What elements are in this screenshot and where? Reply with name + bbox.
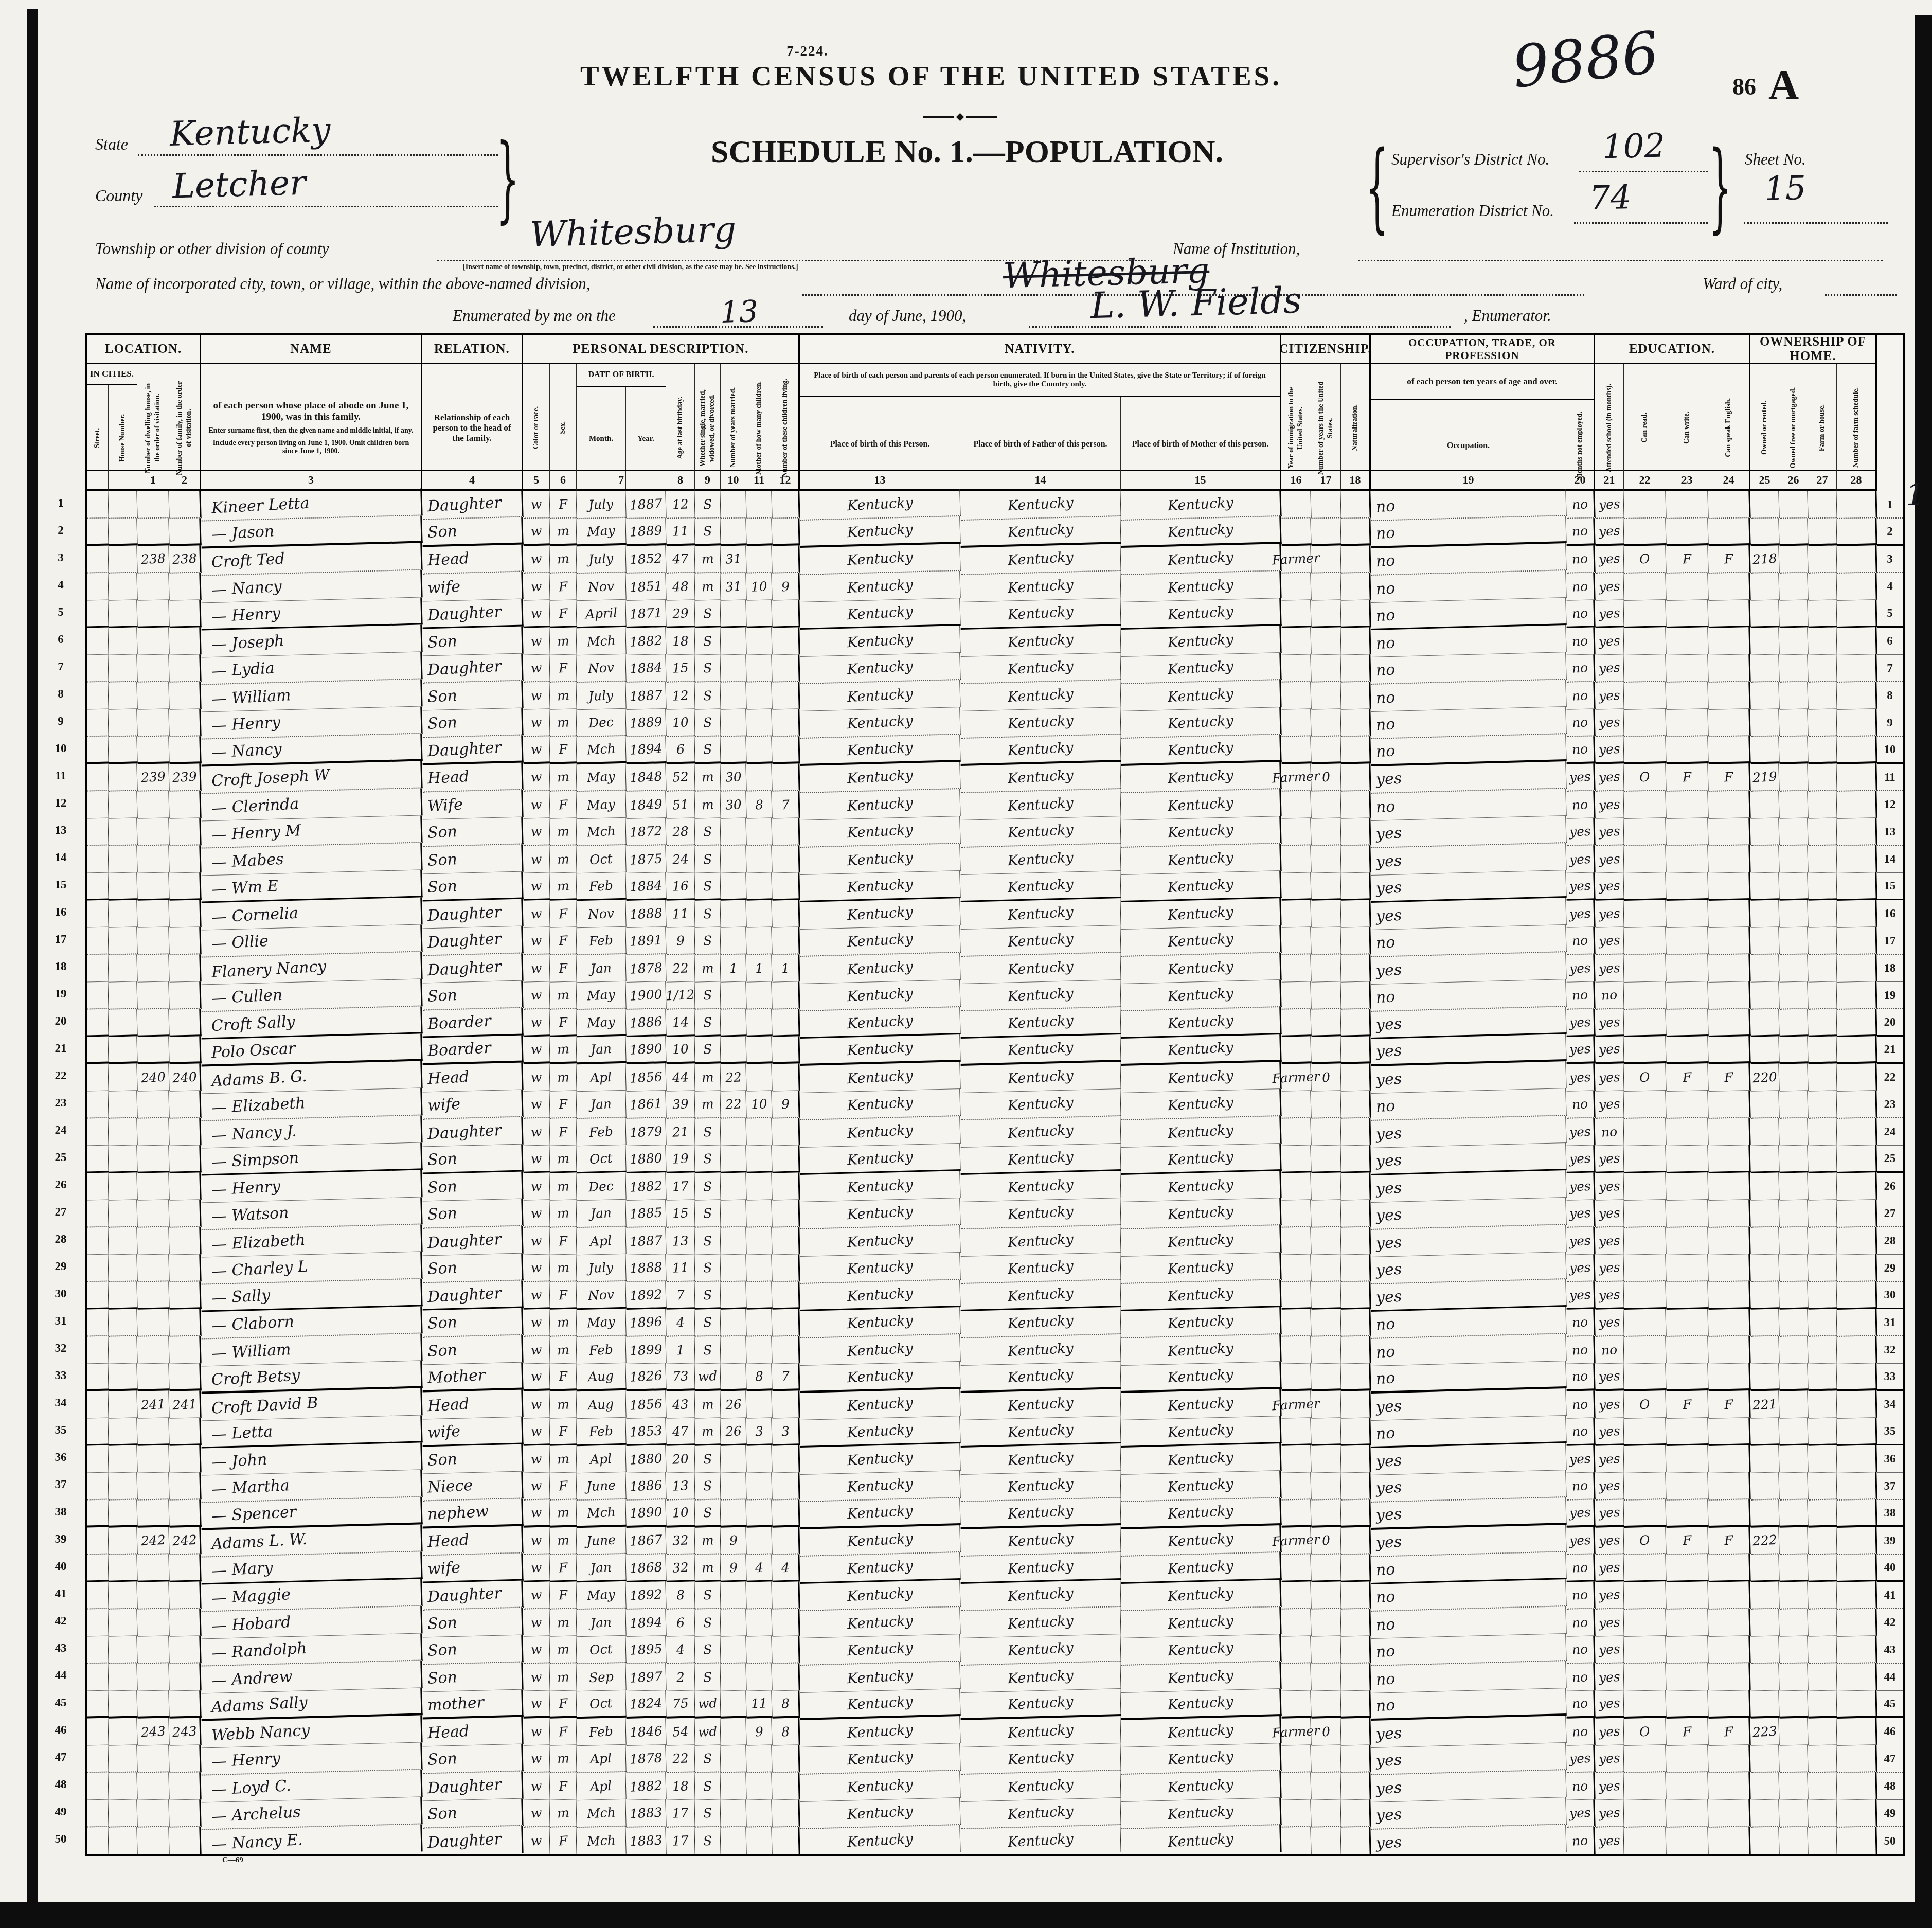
cell-mother_birthplace: Kentucky bbox=[1120, 544, 1281, 575]
cell-attended_school bbox=[1340, 1091, 1371, 1119]
left-row-number: 19 bbox=[45, 980, 76, 1007]
cell-undefined bbox=[1779, 600, 1808, 628]
cell-dwelling bbox=[108, 627, 137, 655]
cell-occupation bbox=[1281, 900, 1311, 928]
cell-birth_year: 1887 bbox=[625, 1227, 666, 1255]
cell-owned_rented bbox=[1623, 1145, 1666, 1173]
cell-undefined bbox=[1779, 1036, 1808, 1064]
cell-marital: m bbox=[694, 545, 721, 573]
cell-dwelling bbox=[137, 1499, 169, 1528]
cell-mother_birthplace: Kentucky bbox=[1120, 1416, 1281, 1448]
cell-birth_month: Mch bbox=[576, 1827, 626, 1855]
cell-can_speak_english: no bbox=[1595, 1336, 1624, 1364]
cell-family bbox=[169, 736, 201, 764]
cell-birth_month: Feb bbox=[576, 927, 626, 955]
cell-farm_house bbox=[1708, 1827, 1750, 1855]
cell-farm_house bbox=[1708, 1609, 1750, 1637]
cell-relation: Niece bbox=[422, 1471, 523, 1501]
cell-months_not_employed bbox=[1311, 518, 1341, 546]
cell-marital: S bbox=[694, 1636, 721, 1664]
cell-color: w bbox=[523, 573, 550, 600]
cell-can_write: yes bbox=[1566, 1145, 1595, 1173]
cell-years_married: 26 bbox=[720, 1418, 746, 1445]
cell-dwelling bbox=[86, 545, 109, 573]
cell-relation: Head bbox=[422, 762, 523, 792]
cell-dwelling bbox=[108, 1036, 137, 1064]
column-number: 18 bbox=[1341, 470, 1371, 491]
cell-farm_schedule bbox=[1750, 1472, 1779, 1500]
cell-age: 18 bbox=[666, 1772, 695, 1800]
cell-birthplace: Kentucky bbox=[799, 1034, 960, 1066]
row-number-header bbox=[1877, 335, 1903, 491]
cell-sex: F bbox=[549, 1227, 577, 1255]
cell-mother_of bbox=[746, 1172, 772, 1200]
row-number: 28 bbox=[1877, 1227, 1903, 1255]
cell-dwelling bbox=[86, 1336, 109, 1364]
cell-sex: m bbox=[549, 1527, 577, 1555]
cell-dwelling bbox=[137, 682, 169, 710]
cell-relation: Son bbox=[422, 1798, 523, 1828]
cell-farm_house bbox=[1708, 1663, 1750, 1691]
cell-dwelling bbox=[137, 981, 169, 1010]
cell-marital: wd bbox=[694, 1690, 721, 1718]
cell-dwelling: 241 bbox=[137, 1390, 169, 1419]
cell-father_birthplace: Kentucky bbox=[960, 1443, 1121, 1475]
cell-undefined bbox=[1779, 1418, 1808, 1445]
city-label: Name of incorporated city, town, or vill… bbox=[95, 275, 591, 293]
cell-birth_month: Oct bbox=[576, 1690, 626, 1719]
cell-children_living bbox=[772, 818, 800, 846]
cell-farm_schedule bbox=[1750, 1554, 1779, 1582]
cell-occupation bbox=[1281, 1636, 1311, 1664]
cell-birth_year: 1868 bbox=[625, 1554, 666, 1582]
cell-family bbox=[169, 1418, 201, 1446]
cell-occupation bbox=[1281, 1091, 1311, 1119]
cell-months_not_employed bbox=[1311, 1636, 1341, 1664]
cell-father_birthplace: Kentucky bbox=[960, 953, 1121, 984]
cell-undefined bbox=[1779, 1690, 1808, 1718]
cell-mother_of bbox=[746, 1745, 772, 1773]
cell-dwelling bbox=[86, 1609, 109, 1636]
cell-undefined bbox=[1779, 1227, 1808, 1255]
cell-attended_school bbox=[1340, 900, 1371, 928]
cell-marital: S bbox=[694, 1172, 721, 1200]
enumerated-date-label: day of June, 1900, bbox=[849, 307, 966, 325]
cell-father_birthplace: Kentucky bbox=[960, 1689, 1121, 1720]
cell-years_married bbox=[720, 1172, 746, 1200]
cell-free_mortgaged bbox=[1666, 818, 1708, 846]
cell-sex: m bbox=[549, 709, 577, 737]
cell-dwelling bbox=[86, 682, 109, 709]
cell-marital: S bbox=[694, 981, 721, 1009]
page-number: 86 bbox=[1732, 73, 1756, 100]
cell-owned_rented bbox=[1623, 736, 1666, 764]
cell-birth_month: Apl bbox=[576, 1772, 626, 1800]
cell-can_speak_english: yes bbox=[1595, 1036, 1624, 1064]
cell-dwelling bbox=[108, 1200, 137, 1227]
cell-free_mortgaged bbox=[1666, 682, 1708, 710]
cell-can_write: yes bbox=[1566, 1799, 1595, 1827]
cell-occupation: Farmer bbox=[1281, 1063, 1311, 1092]
cell-months_not_employed bbox=[1311, 627, 1341, 655]
cell-free_mortgaged bbox=[1666, 845, 1708, 873]
cell-attended_school bbox=[1340, 1172, 1371, 1201]
cell-dwelling bbox=[108, 682, 137, 709]
cell-undefined bbox=[1779, 927, 1808, 955]
cell-undefined bbox=[1836, 491, 1877, 519]
cell-dwelling: 239 bbox=[137, 763, 169, 792]
cell-mother_birthplace: Kentucky bbox=[1120, 598, 1281, 630]
cell-family bbox=[169, 1581, 201, 1610]
cell-color: w bbox=[523, 791, 550, 818]
cell-family: 238 bbox=[169, 545, 201, 574]
cell-children_living bbox=[772, 1281, 800, 1309]
cell-farm_schedule: 222 bbox=[1750, 1527, 1779, 1555]
cell-years_married bbox=[720, 1745, 746, 1773]
cell-color: w bbox=[523, 1636, 550, 1664]
cell-birth_month: July bbox=[576, 1254, 626, 1282]
cell-birth_month: Jan bbox=[576, 1036, 626, 1064]
row-number: 24 bbox=[1877, 1118, 1903, 1146]
cell-age: 73 bbox=[666, 1363, 695, 1391]
cell-farm_schedule bbox=[1750, 1172, 1779, 1200]
cell-father_birthplace: Kentucky bbox=[960, 1607, 1121, 1638]
cell-undefined bbox=[1779, 1499, 1808, 1527]
cell-dwelling bbox=[86, 1418, 109, 1445]
cell-can_speak_english: no bbox=[1595, 1118, 1624, 1146]
cell-months_not_employed bbox=[1311, 1227, 1341, 1255]
cell-owned_rented bbox=[1623, 1091, 1666, 1119]
cell-can_write: yes bbox=[1566, 872, 1595, 900]
cell-children_living bbox=[772, 1745, 800, 1773]
cell-dwelling bbox=[137, 1636, 169, 1664]
cell-marital: m bbox=[694, 1554, 721, 1582]
cell-months_not_employed bbox=[1311, 1445, 1341, 1473]
cell-farm_house bbox=[1708, 654, 1750, 683]
cell-undefined bbox=[1779, 1200, 1808, 1227]
cell-color: w bbox=[523, 1799, 550, 1827]
cell-farm_schedule bbox=[1750, 872, 1779, 900]
cell-can_speak_english: yes bbox=[1595, 763, 1624, 791]
schedule-title: SCHEDULE No. 1.—POPULATION. bbox=[592, 134, 1343, 170]
row-number: 45 bbox=[1877, 1691, 1903, 1718]
cell-free_mortgaged: F bbox=[1666, 1063, 1708, 1092]
cell-free_mortgaged bbox=[1666, 654, 1708, 683]
cell-relation: Son bbox=[422, 626, 523, 656]
cell-can_speak_english: yes bbox=[1595, 1827, 1624, 1854]
cell-birthplace: Kentucky bbox=[799, 653, 960, 684]
cell-sex: m bbox=[549, 763, 577, 791]
column-number: 24 bbox=[1708, 470, 1750, 491]
cell-birth_year: 1851 bbox=[625, 573, 666, 601]
ward-label: Ward of city, bbox=[1703, 275, 1782, 293]
cell-months_not_employed bbox=[1311, 1772, 1341, 1800]
cell-undefined bbox=[1808, 1554, 1837, 1582]
cell-years_married: 30 bbox=[720, 791, 746, 818]
cell-can_write: no bbox=[1566, 736, 1595, 764]
cell-birth_month: July bbox=[576, 491, 626, 519]
cell-farm_schedule bbox=[1750, 845, 1779, 873]
cell-birth_month: April bbox=[576, 600, 626, 628]
cell-age: 21 bbox=[666, 1118, 695, 1146]
cell-attended_school bbox=[1340, 1772, 1371, 1800]
cell-color: w bbox=[523, 1363, 550, 1391]
cell-undefined bbox=[1779, 1799, 1808, 1827]
cell-can_speak_english: yes bbox=[1595, 709, 1624, 737]
cell-can_write: yes bbox=[1566, 1063, 1595, 1091]
cell-farm_schedule bbox=[1750, 1418, 1779, 1445]
cell-color: w bbox=[523, 709, 550, 737]
cell-free_mortgaged bbox=[1666, 1799, 1708, 1828]
cell-mother_birthplace: Kentucky bbox=[1120, 789, 1281, 820]
cell-undefined bbox=[1836, 1281, 1877, 1310]
cell-dwelling bbox=[108, 954, 137, 982]
cell-birth_month: Mch bbox=[576, 1799, 626, 1828]
cell-children_living: 4 bbox=[772, 1554, 800, 1582]
cell-years_married bbox=[720, 1609, 746, 1636]
cell-dwelling bbox=[108, 1772, 137, 1800]
cell-farm_schedule bbox=[1750, 1799, 1779, 1827]
cell-attended_school bbox=[1340, 1063, 1371, 1092]
cell-mother_birthplace: Kentucky bbox=[1120, 871, 1281, 902]
cell-sex: F bbox=[549, 1091, 577, 1118]
cell-occupation: Farmer bbox=[1281, 1718, 1311, 1746]
cell-undefined bbox=[1808, 981, 1837, 1009]
sheet-line bbox=[1744, 222, 1888, 224]
cell-occupation bbox=[1281, 1036, 1311, 1064]
cell-undefined bbox=[1808, 654, 1837, 682]
cell-farm_house bbox=[1708, 1554, 1750, 1582]
cell-sex: m bbox=[549, 1172, 577, 1200]
cell-birthplace: Kentucky bbox=[799, 707, 960, 739]
cell-attended_school bbox=[1340, 709, 1371, 737]
cell-farm_schedule: 219 bbox=[1750, 763, 1779, 791]
cell-occupation bbox=[1281, 654, 1311, 683]
cell-color: w bbox=[523, 1472, 550, 1500]
cell-marital: S bbox=[694, 682, 721, 709]
cell-dwelling bbox=[137, 1118, 169, 1146]
cell-marital: S bbox=[694, 627, 721, 655]
cell-father_birthplace: Kentucky bbox=[960, 1552, 1121, 1584]
cell-undefined bbox=[1779, 518, 1808, 546]
cell-dwelling bbox=[108, 1527, 137, 1555]
cell-occupation bbox=[1281, 954, 1311, 983]
cell-farm_house bbox=[1708, 872, 1750, 901]
column-number: 10 bbox=[721, 470, 746, 491]
cell-mother_of: 11 bbox=[746, 1690, 772, 1718]
left-row-number: 32 bbox=[45, 1334, 76, 1362]
state-value: Kentucky bbox=[169, 110, 331, 154]
cell-birthplace: Kentucky bbox=[799, 1062, 960, 1093]
cell-can_speak_english: yes bbox=[1595, 1718, 1624, 1745]
cell-birth_month: Jan bbox=[576, 1609, 626, 1637]
cell-farm_schedule bbox=[1750, 736, 1779, 764]
left-row-number: 16 bbox=[45, 898, 76, 925]
cell-sex: F bbox=[549, 1363, 577, 1391]
cell-mother_of bbox=[746, 627, 772, 655]
cell-family bbox=[169, 1363, 201, 1391]
cell-relation: wife bbox=[422, 1090, 523, 1119]
cell-children_living bbox=[772, 627, 800, 655]
cell-birth_month: Nov bbox=[576, 654, 626, 683]
cell-dwelling bbox=[137, 791, 169, 819]
cell-dwelling bbox=[86, 1799, 109, 1827]
cell-mother_birthplace: Kentucky bbox=[1120, 1062, 1281, 1093]
cell-mother_birthplace: Kentucky bbox=[1120, 626, 1281, 657]
cell-mother_of bbox=[746, 1390, 772, 1418]
cell-birth_year: 1889 bbox=[625, 518, 666, 546]
row-number: 16 bbox=[1877, 900, 1903, 927]
cell-color: w bbox=[523, 1336, 550, 1364]
cell-can_speak_english: yes bbox=[1595, 818, 1624, 846]
cell-free_mortgaged bbox=[1666, 1172, 1708, 1201]
cell-relation: Head bbox=[422, 1062, 523, 1092]
cell-mother_birthplace: Kentucky bbox=[1120, 1689, 1281, 1720]
row-number: 22 bbox=[1877, 1064, 1903, 1091]
cell-birth_month: May bbox=[576, 981, 626, 1010]
cell-mother_birthplace: Kentucky bbox=[1120, 1307, 1281, 1338]
row-number: 37 bbox=[1877, 1473, 1903, 1500]
cell-undefined bbox=[1808, 1118, 1837, 1146]
cell-color: w bbox=[523, 518, 550, 546]
cell-undefined bbox=[1836, 818, 1877, 846]
cell-sex: F bbox=[549, 736, 577, 764]
cell-can_speak_english: yes bbox=[1595, 1499, 1624, 1527]
cell-color: w bbox=[523, 845, 550, 873]
cell-birthplace: Kentucky bbox=[799, 789, 960, 820]
cell-months_not_employed bbox=[1311, 573, 1341, 601]
cell-color: w bbox=[523, 1254, 550, 1282]
cell-sex: m bbox=[549, 1445, 577, 1473]
cell-occupation bbox=[1281, 1772, 1311, 1800]
cell-attended_school bbox=[1340, 1309, 1371, 1337]
cell-can_write: yes bbox=[1566, 1036, 1595, 1064]
cell-birth_year: 1853 bbox=[625, 1418, 666, 1446]
column-number: 8 bbox=[666, 470, 695, 491]
cell-farm_house bbox=[1708, 1336, 1750, 1364]
township-label: Township or other division of county bbox=[95, 240, 329, 258]
cell-marital: m bbox=[694, 573, 721, 600]
cell-mother_birthplace: Kentucky bbox=[1120, 1225, 1281, 1257]
cell-free_mortgaged bbox=[1666, 872, 1708, 901]
cell-sex: F bbox=[549, 1472, 577, 1500]
cell-mother_of bbox=[746, 763, 772, 791]
census-page: 7-224. TWELFTH CENSUS OF THE UNITED STAT… bbox=[0, 0, 1932, 1928]
row-number: 2 bbox=[1877, 519, 1903, 546]
cell-birthplace: Kentucky bbox=[799, 1498, 960, 1529]
cell-undefined bbox=[1808, 1091, 1837, 1118]
cell-children_living bbox=[772, 1445, 800, 1473]
cell-dwelling bbox=[137, 1663, 169, 1691]
cell-can_speak_english: yes bbox=[1595, 1145, 1624, 1173]
cell-mother_of bbox=[746, 872, 772, 900]
cell-owned_rented bbox=[1623, 1418, 1666, 1446]
cell-age: 18 bbox=[666, 627, 695, 655]
left-row-number: 15 bbox=[45, 871, 76, 898]
cell-undefined bbox=[1808, 600, 1837, 628]
cell-family bbox=[169, 627, 201, 655]
cell-sex: F bbox=[549, 1690, 577, 1718]
left-row-number: 40 bbox=[45, 1552, 76, 1580]
cell-sex: F bbox=[549, 600, 577, 628]
cell-farm_house bbox=[1708, 927, 1750, 955]
cell-months_not_employed bbox=[1311, 1200, 1341, 1228]
cell-owned_rented: O bbox=[1623, 1390, 1666, 1419]
cell-color: w bbox=[523, 1200, 550, 1227]
cell-birth_year: 1895 bbox=[625, 1636, 666, 1664]
cell-father_birthplace: Kentucky bbox=[960, 1743, 1121, 1775]
cell-can_speak_english: yes bbox=[1595, 1309, 1624, 1336]
cell-dwelling bbox=[108, 1172, 137, 1200]
cell-birth_month: July bbox=[576, 682, 626, 710]
cell-occupation bbox=[1281, 1281, 1311, 1310]
cell-years_married bbox=[720, 1363, 746, 1391]
cell-can_speak_english: yes bbox=[1595, 600, 1624, 628]
left-row-number: 22 bbox=[45, 1062, 76, 1089]
cell-family bbox=[169, 682, 201, 710]
cell-dwelling bbox=[108, 900, 137, 927]
cell-marital: S bbox=[694, 872, 721, 900]
cell-mother_of bbox=[746, 1336, 772, 1364]
cell-relation: wife bbox=[422, 1553, 523, 1583]
cell-owned_rented bbox=[1623, 1581, 1666, 1610]
cell-months_not_employed bbox=[1311, 1418, 1341, 1446]
cell-birth_year: 1890 bbox=[625, 1499, 666, 1528]
page-title: TWELFTH CENSUS OF THE UNITED STATES. bbox=[288, 60, 1574, 92]
cell-owned_rented bbox=[1623, 954, 1666, 983]
cell-can_speak_english: yes bbox=[1595, 1663, 1624, 1691]
cell-age: 44 bbox=[666, 1063, 695, 1091]
cell-can_speak_english: yes bbox=[1595, 518, 1624, 546]
cell-undefined bbox=[1779, 709, 1808, 737]
cell-dwelling bbox=[86, 818, 109, 846]
cell-owned_rented bbox=[1623, 1609, 1666, 1637]
cell-undefined bbox=[1779, 1527, 1808, 1555]
cell-undefined bbox=[1779, 763, 1808, 791]
left-row-number: 7 bbox=[45, 653, 76, 680]
cell-undefined bbox=[1808, 1281, 1837, 1309]
cell-father_birthplace: Kentucky bbox=[960, 1198, 1121, 1229]
cell-dwelling bbox=[137, 1200, 169, 1228]
cell-free_mortgaged bbox=[1666, 491, 1708, 519]
cell-undefined bbox=[1836, 518, 1877, 546]
row-number: 17 bbox=[1877, 927, 1903, 955]
cell-birthplace: Kentucky bbox=[799, 489, 960, 521]
cell-age: 47 bbox=[666, 545, 695, 573]
cell-mother_birthplace: Kentucky bbox=[1120, 925, 1281, 957]
cell-can_write: no bbox=[1566, 709, 1595, 737]
cell-relation: Daughter bbox=[422, 1280, 523, 1310]
cell-undefined bbox=[1836, 927, 1877, 955]
cell-color: w bbox=[523, 981, 550, 1009]
cell-undefined bbox=[1779, 791, 1808, 818]
cell-free_mortgaged: F bbox=[1666, 545, 1708, 574]
cell-birth_year: 1846 bbox=[625, 1718, 666, 1746]
row-number: 47 bbox=[1877, 1745, 1903, 1773]
cell-undefined bbox=[1836, 1499, 1877, 1528]
cell-farm_schedule bbox=[1750, 600, 1779, 628]
cell-marital: m bbox=[694, 1063, 721, 1091]
cell-children_living bbox=[772, 900, 800, 927]
cell-age: 16 bbox=[666, 872, 695, 900]
cell-farm_schedule: 220 bbox=[1750, 1063, 1779, 1091]
cell-children_living bbox=[772, 1309, 800, 1336]
cell-mother_of bbox=[746, 600, 772, 628]
cell-family bbox=[169, 1200, 201, 1228]
cell-father_birthplace: Kentucky bbox=[960, 1334, 1121, 1366]
cell-months_not_employed bbox=[1311, 791, 1341, 819]
cell-owned_rented bbox=[1623, 900, 1666, 928]
